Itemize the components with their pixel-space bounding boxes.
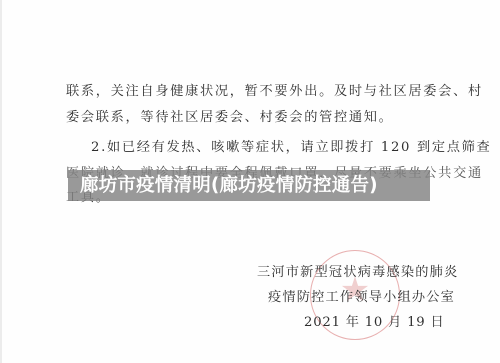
signature-org-line2: 疫情防控工作领导小组办公室 [268, 286, 455, 305]
body-text-line: 2.如已经有发热、咳嗽等症状，请立即拨打 120 到定点筛查 [91, 140, 491, 156]
body-text-line: 委会联系，等待社区居委会、村委会的管控通知。 [66, 110, 394, 126]
signature-date: 2021 年 10 月 19 日 [304, 311, 444, 330]
overlay-title: 廊坊市疫情清明(廊坊疫情防控通告) [80, 170, 378, 201]
signature-org-line1: 三河市新型冠状病毒感染的肺炎 [257, 261, 458, 280]
page-edge [0, 0, 2, 363]
body-text-line: 联系，关注自身健康状况，暂不要外出。及时与社区居委会、村 [66, 84, 483, 100]
